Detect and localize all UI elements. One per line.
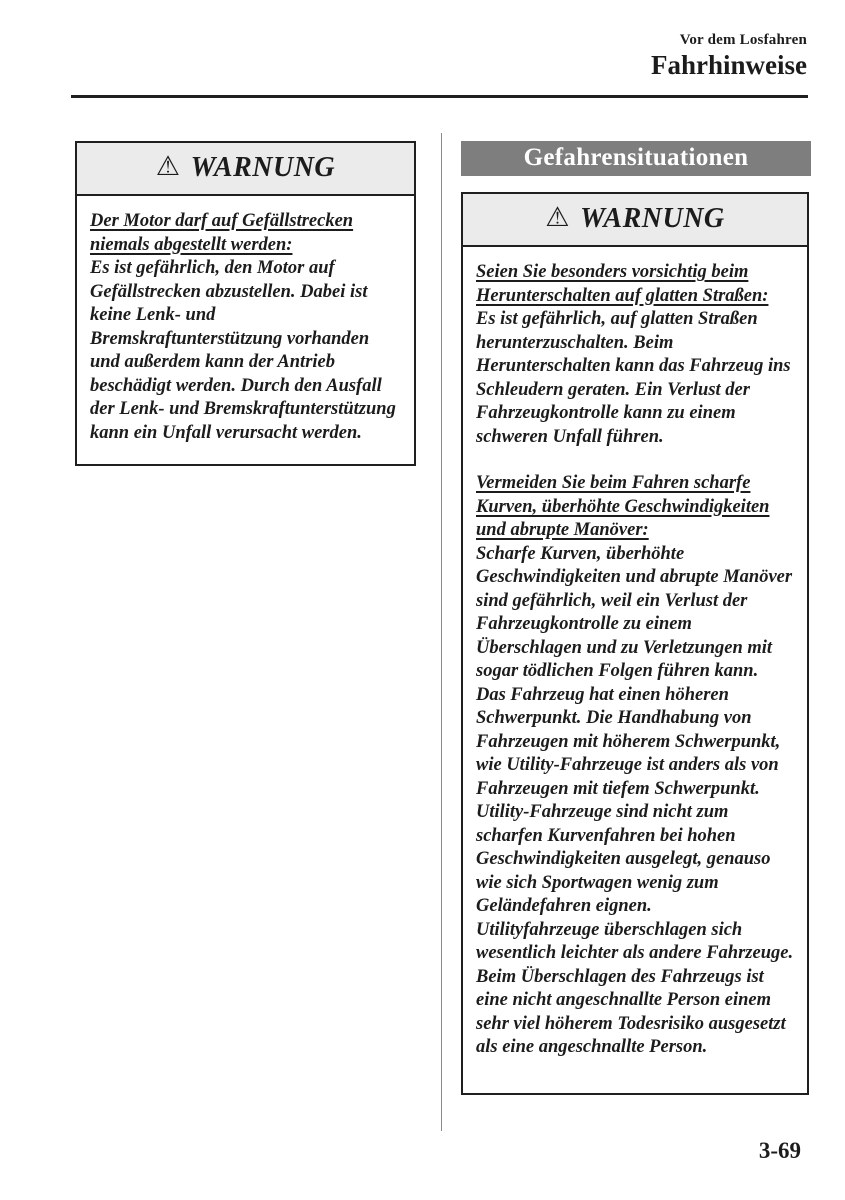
- warning-section-text: Es ist gefährlich, auf glatten Straßen h…: [476, 308, 795, 449]
- breadcrumb: Vor dem Losfahren: [651, 32, 807, 49]
- column-divider: [441, 133, 442, 1131]
- warning-triangle-icon: ⚠: [545, 202, 570, 233]
- section-header-gefahrensituationen: Gefahrensituationen: [461, 141, 811, 176]
- warning-title: WARNUNG: [191, 152, 336, 183]
- warning-section-heading: Seien Sie besonders vorsichtig beim Heru…: [476, 261, 795, 308]
- warning-box-header: ⚠WARNUNG: [463, 194, 807, 247]
- warning-box-hazard-situations: ⚠WARNUNG Seien Sie besonders vorsichtig …: [461, 192, 809, 1095]
- warning-title: WARNUNG: [580, 203, 725, 234]
- warning-section-heading: Der Motor darf auf Gefällstrecken niemal…: [90, 210, 402, 257]
- warning-box-engine: ⚠WARNUNG Der Motor darf auf Gefällstreck…: [75, 141, 416, 466]
- warning-section: Vermeiden Sie beim Fahren scharfe Kurven…: [476, 472, 795, 1060]
- page-number: 3-69: [759, 1138, 801, 1164]
- warning-section: Der Motor darf auf Gefällstrecken niemal…: [90, 210, 402, 445]
- warning-box-body: Seien Sie besonders vorsichtig beim Heru…: [463, 247, 807, 1076]
- header-rule: [71, 95, 808, 98]
- warning-section-text: Es ist gefährlich, den Motor auf Gefälls…: [90, 257, 402, 445]
- page-title: Fahrhinweise: [651, 51, 807, 79]
- warning-box-body: Der Motor darf auf Gefällstrecken niemal…: [77, 196, 414, 461]
- page-header: Vor dem Losfahren Fahrhinweise: [651, 32, 807, 79]
- manual-page: Vor dem Losfahren Fahrhinweise ⚠WARNUNG …: [0, 0, 845, 1200]
- warning-section: Seien Sie besonders vorsichtig beim Heru…: [476, 261, 795, 449]
- warning-section-heading: Vermeiden Sie beim Fahren scharfe Kurven…: [476, 472, 795, 543]
- warning-box-header: ⚠WARNUNG: [77, 143, 414, 196]
- warning-section-text: Scharfe Kurven, überhöhte Geschwindigkei…: [476, 543, 795, 1060]
- warning-triangle-icon: ⚠: [156, 151, 181, 182]
